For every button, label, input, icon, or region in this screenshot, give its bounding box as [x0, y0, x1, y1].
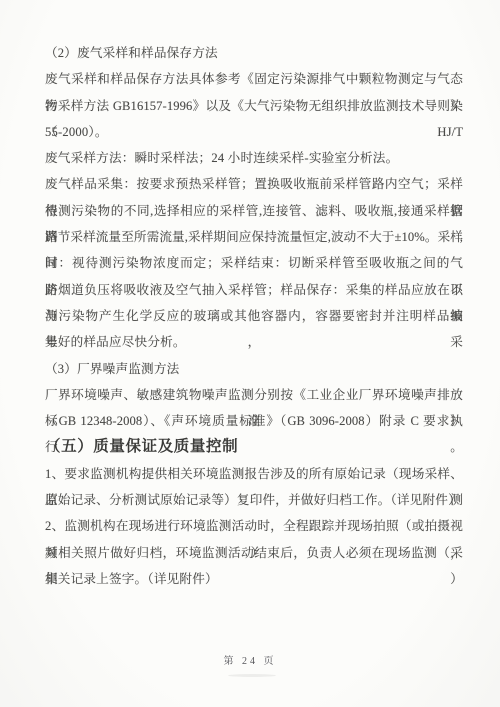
scan-smudge-artifact	[228, 674, 276, 677]
paragraph-line: 间：视待测污染物浓度而定；采样结束：切断采样管至吸收瓶之间的气路，以	[45, 250, 463, 276]
paragraph-line: 1、要求监测机构提供相关环境监测报告涉及的所有原始记录（现场采样、监测	[45, 461, 463, 487]
paragraph-line: 调节采样流量至所需流量,采样期间应保持流量恒定,波动不大于±10%。采样时	[45, 224, 463, 250]
subsection-title: （3）厂界噪声监测方法	[45, 356, 463, 382]
paragraph-line: 原始记录、分析测试原始记录等）复印件，并做好归档工作。（详见附件）	[45, 487, 463, 513]
scanned-document-page: （2）废气采样和样品保存方法 废气采样和样品保存方法具体参考《固定污染源排气中颗…	[0, 0, 500, 707]
subsection-title: （2）废气采样和样品保存方法	[45, 40, 463, 66]
paragraph-line: 废气采样方法：瞬时采样法；24 小时连续采样-实验室分析法。	[45, 145, 463, 171]
paragraph-line: 防烟道负压将吸收液及空气抽入采样管；样品保存：采集的样品应放在不与被	[45, 277, 463, 303]
paragraph-line: 厂界环境噪声、敏感建筑物噪声监测分别按《工业企业厂界环境噪声排放标准》	[45, 382, 463, 408]
paragraph-line: （GB 12348-2008）、《声环境质量标准》（GB 3096-2008）附…	[45, 408, 463, 434]
paragraph-line: 废气样品采集：按要求预热采样管；置换吸收瓶前采样管路内空气；采样根据	[45, 171, 463, 197]
paragraph-line: 物采样方法 GB16157-1996》以及《大气污染物无组织排放监测技术导则》（…	[45, 93, 463, 119]
paragraph-line: 测污染物产生化学反应的玻璃或其他容器内，容器要密封并注明样品编号，采	[45, 303, 463, 329]
page-number: 第 24 页	[0, 652, 500, 667]
paragraph-line: 对相关照片做好归档，环境监测活动结束后，负责人必须在现场监测（采集）	[45, 540, 463, 566]
paragraph-line: 2、监测机构在现场进行环境监测活动时，全程跟踪并现场拍照（或拍摄视频），	[45, 513, 463, 539]
paragraph-line: 待测污染物的不同,选择相应的采样管,连接管、滤料、吸收瓶,接通采样管路,	[45, 198, 463, 224]
paragraph-line: 废气采样和样品保存方法具体参考《固定污染源排气中颗粒物测定与气态污染	[45, 66, 463, 92]
document-body: （2）废气采样和样品保存方法 废气采样和样品保存方法具体参考《固定污染源排气中颗…	[45, 40, 463, 592]
